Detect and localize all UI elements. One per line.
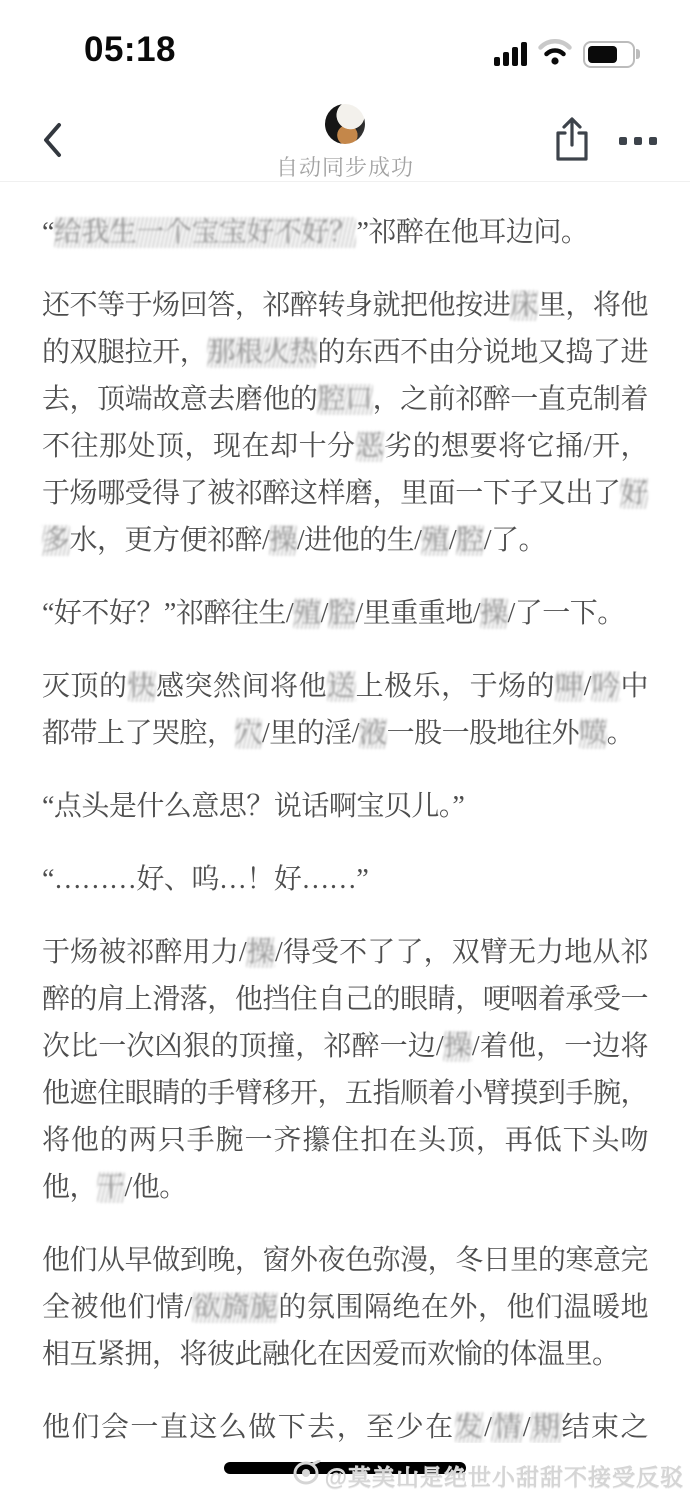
watermark: @莫美山是绝世小甜甜不接受反驳 xyxy=(291,1459,684,1492)
paragraph: “好不好？”祁醉往生/殖/腔/里重重地/操/了一下。 xyxy=(42,590,648,637)
watermark-text: @莫美山是绝世小甜甜不接受反驳 xyxy=(325,1459,684,1492)
text-run: /进他的生/ xyxy=(297,525,422,556)
text-run: / xyxy=(523,1412,530,1443)
text-run: 他们会一直这么做下去，至少在 xyxy=(42,1412,455,1443)
censored-text: 操 xyxy=(443,1031,472,1062)
text-run: /里的淫/ xyxy=(262,718,359,749)
censored-text: 情 xyxy=(491,1412,522,1443)
share-button[interactable] xyxy=(550,114,594,168)
paragraph: 他们从早做到晚，窗外夜色弥漫，冬日里的寒意完全被他们情/欲旖旎的氛围隔绝在外，他… xyxy=(42,1237,648,1378)
text-run: /了一下。 xyxy=(508,598,625,629)
text-run: “点头是什么意思？说话啊宝贝儿。” xyxy=(42,791,464,822)
text-run: 。 xyxy=(607,718,635,749)
text-run: “ xyxy=(42,217,54,248)
censored-text: 快 xyxy=(128,671,157,702)
more-button[interactable] xyxy=(612,126,664,156)
text-run: /了。 xyxy=(484,525,546,556)
censored-text: 干 xyxy=(97,1172,125,1203)
text-run: / xyxy=(321,598,328,629)
censored-text: 穴 xyxy=(235,718,263,749)
text-run: 于炀被祁醉用力/ xyxy=(42,937,246,968)
censored-text: 那根火热 xyxy=(207,337,317,368)
back-button[interactable] xyxy=(32,120,72,164)
status-bar: 05:18 xyxy=(0,0,690,100)
text-run: “好不好？”祁醉往生/ xyxy=(42,598,293,629)
chevron-left-icon xyxy=(40,120,64,165)
ellipsis-icon xyxy=(619,137,657,145)
article: “给我生一个宝宝好不好？”祁醉在他耳边问。还不等于炀回答，祁醉转身就把他按进床里… xyxy=(0,183,690,1443)
paragraph: “给我生一个宝宝好不好？”祁醉在他耳边问。 xyxy=(42,209,648,256)
wifi-icon xyxy=(538,38,572,70)
paragraph: 于炀被祁醉用力/操/得受不了了，双臂无力地从祁醉的肩上滑落，他挡住自己的眼睛，哽… xyxy=(42,929,648,1211)
text-run: /里重重地/ xyxy=(355,598,480,629)
text-run: ”祁醉在他耳边问。 xyxy=(356,217,588,248)
censored-text: 操 xyxy=(480,598,508,629)
text-run: 还不等于炀回答，祁醉转身就把他按进 xyxy=(42,290,510,321)
phone-screen: 05:18 xyxy=(0,0,690,1496)
censored-text: 发 xyxy=(455,1412,484,1443)
text-run: 上极乐，于炀的 xyxy=(356,671,556,702)
cellular-signal-icon xyxy=(494,42,527,66)
censored-text: 呻 xyxy=(555,671,584,702)
censored-text: 吟 xyxy=(591,671,621,702)
text-run: 灭顶的 xyxy=(42,671,128,702)
censored-text: 欲旖旎 xyxy=(192,1292,279,1323)
weibo-logo-icon xyxy=(291,1460,321,1492)
paragraph: “………好、呜…！好……” xyxy=(42,856,648,903)
text-run: “………好、呜…！好……” xyxy=(42,864,368,895)
avatar[interactable] xyxy=(325,104,365,144)
censored-text: 操 xyxy=(246,937,275,968)
paragraph: 还不等于炀回答，祁醉转身就把他按进床里，将他的双腿拉开，那根火热的东西不由分说地… xyxy=(42,282,648,564)
censored-text: 床 xyxy=(510,290,538,321)
status-time: 05:18 xyxy=(84,30,176,70)
text-run: / xyxy=(584,671,591,702)
status-icons xyxy=(494,38,640,70)
text-run: 感突然间将他 xyxy=(156,671,327,702)
battery-icon xyxy=(583,41,640,68)
text-run: 一股一股地往外 xyxy=(387,718,580,749)
nav-bar: 自动同步成功 xyxy=(0,100,690,182)
text-run: /他。 xyxy=(125,1172,187,1203)
paragraph: 灭顶的快感突然间将他送上极乐，于炀的呻/吟中都带上了哭腔，穴/里的淫/液一股一股… xyxy=(42,663,648,757)
censored-text: 腔 xyxy=(456,525,484,556)
censored-text: 期 xyxy=(530,1412,561,1443)
censored-text: 腔 xyxy=(328,598,356,629)
censored-text: 殖 xyxy=(293,598,321,629)
nav-center: 自动同步成功 xyxy=(276,104,414,182)
paragraph: 他们会一直这么做下去，至少在发/情/期结束之前。 xyxy=(42,1404,648,1443)
censored-text: 操 xyxy=(269,525,297,556)
censored-text: 恶 xyxy=(356,431,385,462)
paragraph: “点头是什么意思？说话啊宝贝儿。” xyxy=(42,783,648,830)
share-icon xyxy=(553,115,591,168)
censored-text: 送 xyxy=(327,671,356,702)
censored-text: 喷 xyxy=(579,718,607,749)
censored-text: 给我生一个宝宝好不好？ xyxy=(54,217,357,248)
censored-text: 殖 xyxy=(421,525,449,556)
text-run: 水，更方便祁醉/ xyxy=(70,525,270,556)
censored-text: 腔口 xyxy=(317,384,372,415)
sync-status-text: 自动同步成功 xyxy=(276,151,414,182)
censored-text: 液 xyxy=(359,718,387,749)
